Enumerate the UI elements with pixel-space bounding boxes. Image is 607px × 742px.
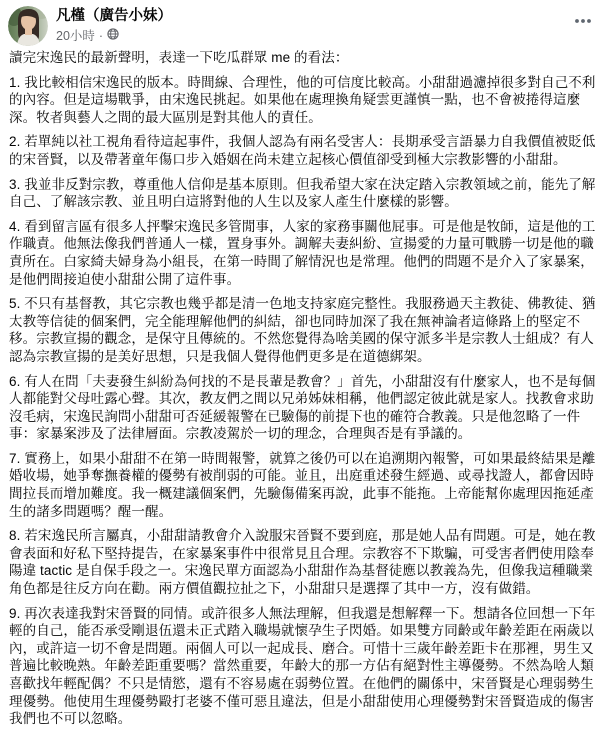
post-paragraph-4: 4. 看到留言區有很多人抨擊宋逸民多管閒事，人家的家務事關他屁事。可是他是牧師，… bbox=[9, 218, 598, 288]
more-options-button[interactable] bbox=[569, 10, 597, 32]
post-paragraph-3: 3. 我並非反對宗教，尊重他人信仰是基本原則。但我希望大家在決定踏入宗教領域之前… bbox=[9, 176, 598, 211]
avatar-photo bbox=[8, 6, 48, 46]
author-name[interactable]: 凡槿（廣告小妹） bbox=[56, 7, 172, 26]
post-header: 凡槿（廣告小妹） 20小時 · bbox=[0, 0, 607, 46]
timestamp[interactable]: 20小時 bbox=[56, 28, 95, 44]
facebook-post: 凡槿（廣告小妹） 20小時 · bbox=[0, 0, 607, 742]
post-meta: 20小時 · bbox=[56, 27, 172, 44]
post-intro: 讀完宋逸民的最新聲明，表達一下吃瓜群眾 me 的看法： bbox=[9, 49, 598, 67]
avatar[interactable] bbox=[8, 6, 48, 46]
ellipsis-icon bbox=[574, 18, 592, 24]
post-paragraph-5: 5. 不只有基督教，其它宗教也幾乎都是清一色地支持家庭完整性。我服務過天主教徒、… bbox=[9, 295, 598, 365]
post-paragraph-6: 6. 有人在問「夫妻發生糾紛為何找的不是長輩是教會？」首先，小甜甜沒有什麼家人，… bbox=[9, 373, 598, 443]
meta-separator: · bbox=[99, 28, 103, 44]
post-paragraph-1: 1. 我比較相信宋逸民的版本。時間線、合理性，他的可信度比較高。小甜甜過濾掉很多… bbox=[9, 74, 598, 127]
post-paragraph-7: 7. 實務上，如果小甜甜不在第一時間報警，就算之後仍可以在追溯期內報警，可如果最… bbox=[9, 450, 598, 520]
post-paragraph-2: 2. 若單純以社工視角看待這起事件，我個人認為有兩名受害人：長期承受言語暴力自我… bbox=[9, 133, 598, 168]
globe-icon bbox=[107, 28, 119, 44]
post-body: 讀完宋逸民的最新聲明，表達一下吃瓜群眾 me 的看法： 1. 我比較相信宋逸民的… bbox=[0, 46, 607, 728]
post-paragraph-9: 9. 再次表達我對宋晉賢的同情。或許很多人無法理解，但我還是想解釋一下。想請各位… bbox=[9, 605, 598, 728]
header-info: 凡槿（廣告小妹） 20小時 · bbox=[56, 6, 172, 44]
post-paragraph-8: 8. 若宋逸民所言屬真，小甜甜請教會介入說服宋晉賢不要到庭，那是她人品有問題。可… bbox=[9, 527, 598, 597]
